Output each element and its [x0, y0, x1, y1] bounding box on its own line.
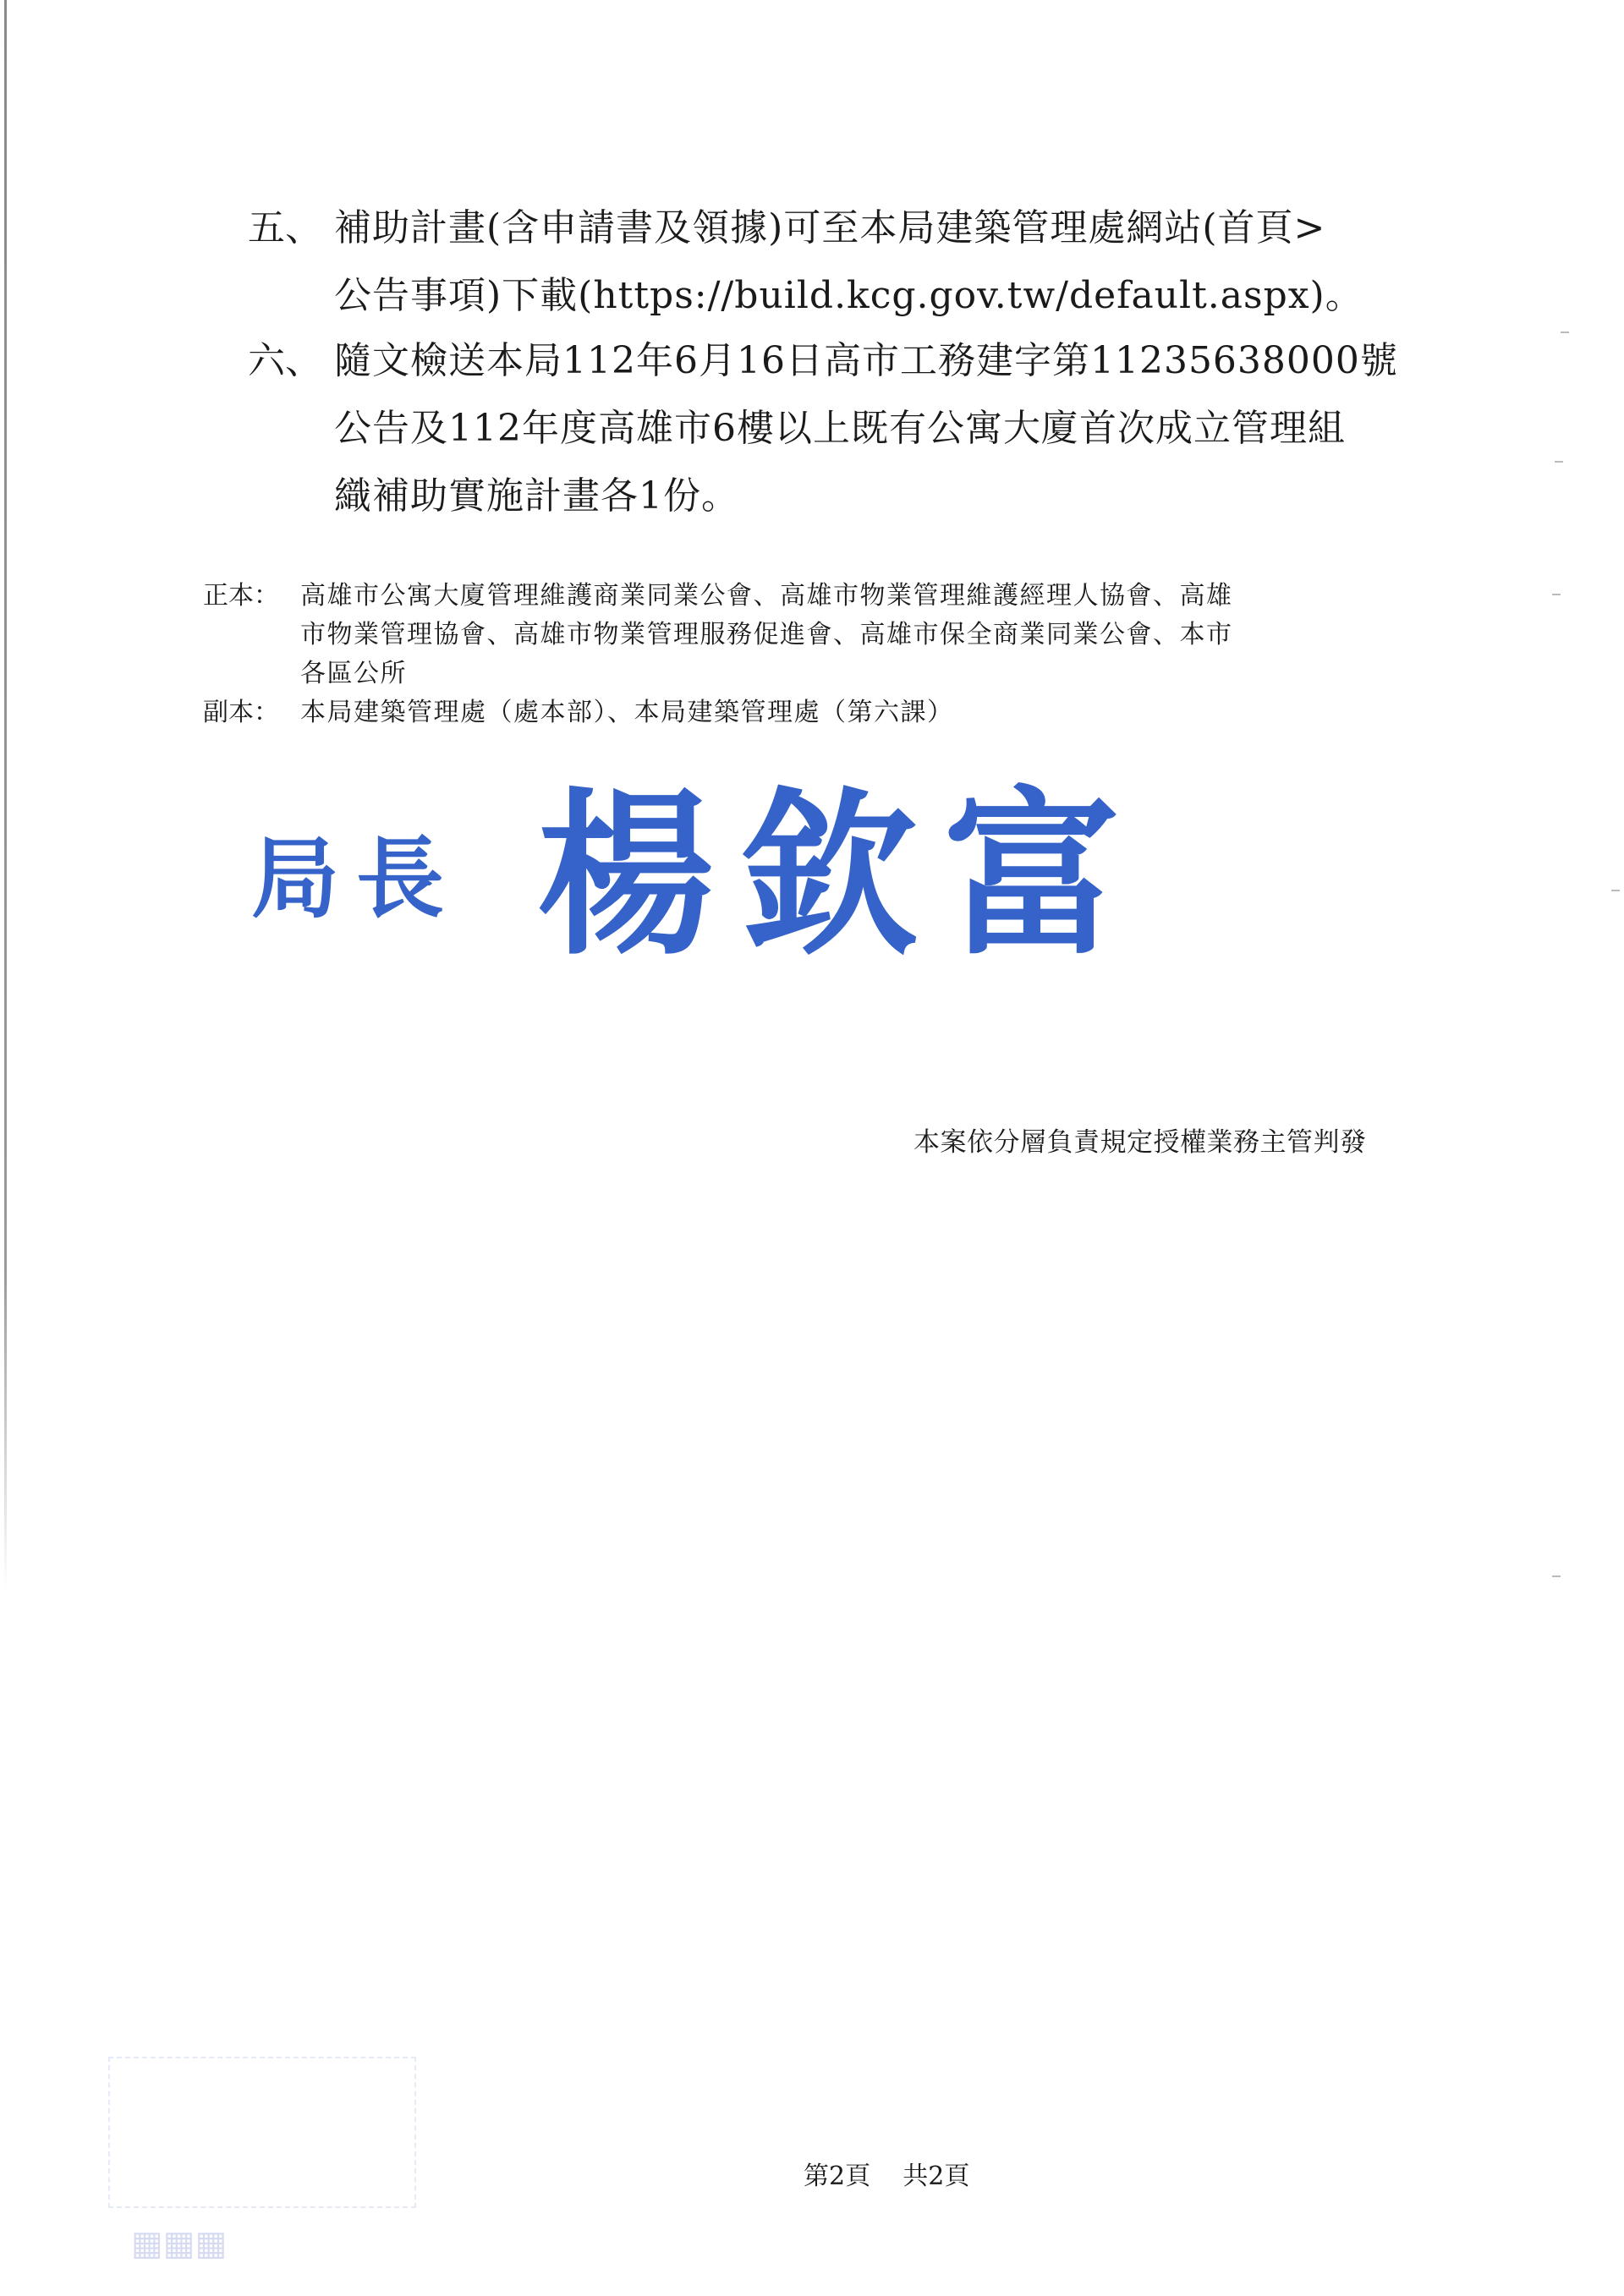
copy-recipients: 本局建築管理處（處本部）、本局建築管理處（第六課） [300, 693, 1472, 732]
page-total: 共2頁 [903, 2162, 969, 2191]
item-line: 補助計畫(含申請書及領據)可至本局建築管理處網站(首頁> [334, 195, 1466, 262]
recipient-line: 各區公所 [300, 655, 1472, 693]
received-stamp-faint [108, 2057, 416, 2208]
signature-title-stamp: 局長 [251, 808, 461, 934]
scan-speck [1611, 890, 1620, 891]
item-number: 六、 [248, 327, 334, 395]
scan-speck [1552, 1575, 1561, 1577]
item-five: 五、 補助計畫(含申請書及領據)可至本局建築管理處網站(首頁> 公告事項)下載(… [248, 195, 1466, 330]
copy-label: 副本： [203, 693, 279, 732]
recipient-line: 高雄市公寓大廈管理維護商業同業公會、高雄市物業管理維護經理人協會、高雄 [300, 577, 1472, 616]
item-number: 五、 [248, 195, 334, 262]
item-line: 隨文檢送本局112年6月16日高市工務建字第11235638000號 [334, 327, 1466, 395]
scan-speck [1552, 594, 1561, 595]
recipient-line: 市物業管理協會、高雄市物業管理服務促進會、高雄市保全商業同業公會、本市 [300, 616, 1472, 655]
original-recipients: 高雄市公寓大廈管理維護商業同業公會、高雄市物業管理維護經理人協會、高雄 市物業管… [300, 577, 1472, 693]
delegation-note: 本案依分層負責規定授權業務主管判發 [913, 1121, 1367, 1159]
page-number: 第2頁 [804, 2162, 870, 2191]
scan-edge-line [4, 0, 7, 1590]
item-six: 六、 隨文檢送本局112年6月16日高市工務建字第11235638000號 公告… [248, 327, 1466, 530]
page-footer: 第2頁 共2頁 [804, 2155, 969, 2192]
item-body: 隨文檢送本局112年6月16日高市工務建字第11235638000號 公告及11… [334, 327, 1466, 530]
item-line: 公告及112年度高雄市6樓以上既有公寓大廈首次成立管理組 [334, 395, 1466, 463]
recipient-line: 本局建築管理處（處本部）、本局建築管理處（第六課） [300, 693, 1472, 732]
faint-stamp-mark: ▦▦▦ [131, 2224, 266, 2266]
item-line: 公告事項)下載(https://build.kcg.gov.tw/default… [334, 262, 1466, 330]
original-label: 正本： [203, 577, 279, 616]
distribution-original: 正本： 高雄市公寓大廈管理維護商業同業公會、高雄市物業管理維護經理人協會、高雄 … [203, 577, 1472, 693]
scan-speck [1561, 332, 1569, 333]
signature-name-stamp: 楊欽富 [537, 778, 1146, 973]
distribution-copy: 副本： 本局建築管理處（處本部）、本局建築管理處（第六課） [203, 693, 1472, 732]
item-body: 補助計畫(含申請書及領據)可至本局建築管理處網站(首頁> 公告事項)下載(htt… [334, 195, 1466, 330]
item-line: 織補助實施計畫各1份。 [334, 463, 1466, 530]
scan-speck [1555, 461, 1563, 463]
